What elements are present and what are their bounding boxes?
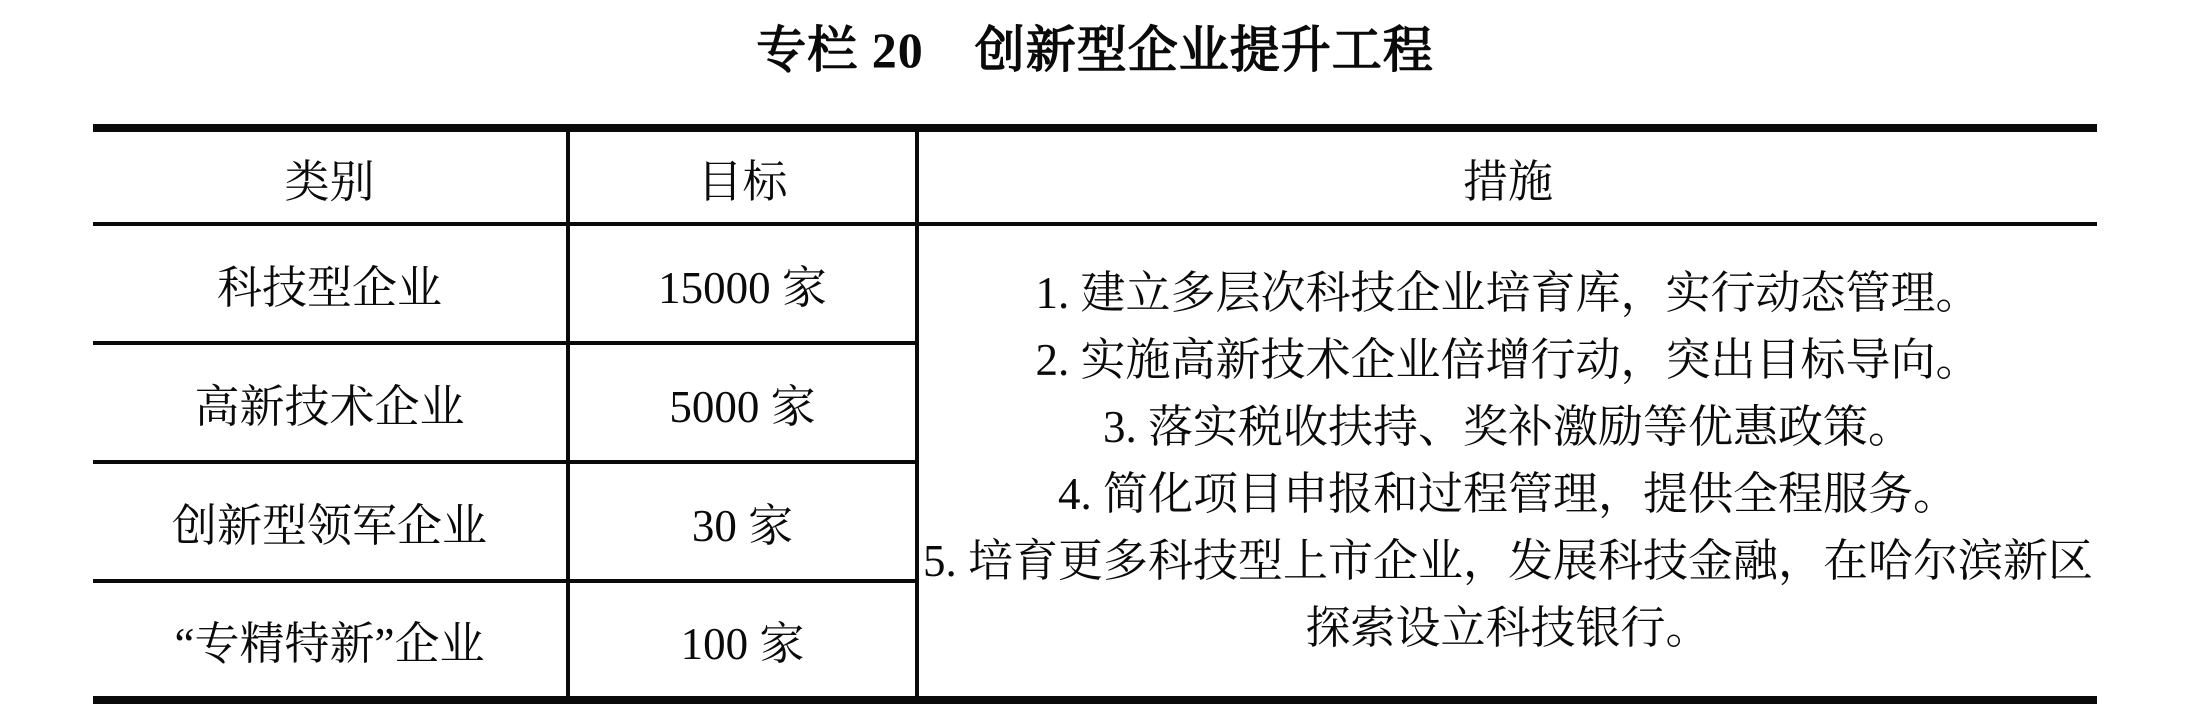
measure-item: 3. 落实税收扶持、奖补激励等优惠政策。 [919,394,2097,461]
measure-item: 2. 实施高新技术企业倍增行动，突出目标导向。 [919,327,2097,394]
cell-category: “专精特新”企业 [93,581,568,700]
table-header-row: 类别 目标 措施 [93,128,2097,224]
cell-measures: 1. 建立多层次科技企业培育库，实行动态管理。 2. 实施高新技术企业倍增行动，… [917,224,2097,700]
column-header-category: 类别 [93,128,568,224]
column-header-target: 目标 [568,128,917,224]
cell-category: 高新技术企业 [93,343,568,462]
measure-item: 1. 建立多层次科技企业培育库，实行动态管理。 [919,260,2097,327]
page-title: 专栏 20 创新型企业提升工程 [93,10,2097,82]
table-row: 科技型企业 15000 家 1. 建立多层次科技企业培育库，实行动态管理。 2.… [93,224,2097,343]
cell-target: 5000 家 [568,343,917,462]
scanned-document-page: 专栏 20 创新型企业提升工程 类别 目标 措施 科技型企业 15000 家 1… [0,0,2196,721]
cell-target: 15000 家 [568,224,917,343]
measure-item: 4. 简化项目申报和过程管理，提供全程服务。 [919,461,2097,528]
column-header-measures: 措施 [917,128,2097,224]
cell-target: 100 家 [568,581,917,700]
cell-target: 30 家 [568,462,917,581]
cell-category: 创新型领军企业 [93,462,568,581]
enterprise-upgrade-table: 类别 目标 措施 科技型企业 15000 家 1. 建立多层次科技企业培育库，实… [93,124,2097,704]
measure-item: 5. 培育更多科技型上市企业，发展科技金融，在哈尔滨新区探索设立科技银行。 [919,528,2097,662]
cell-category: 科技型企业 [93,224,568,343]
